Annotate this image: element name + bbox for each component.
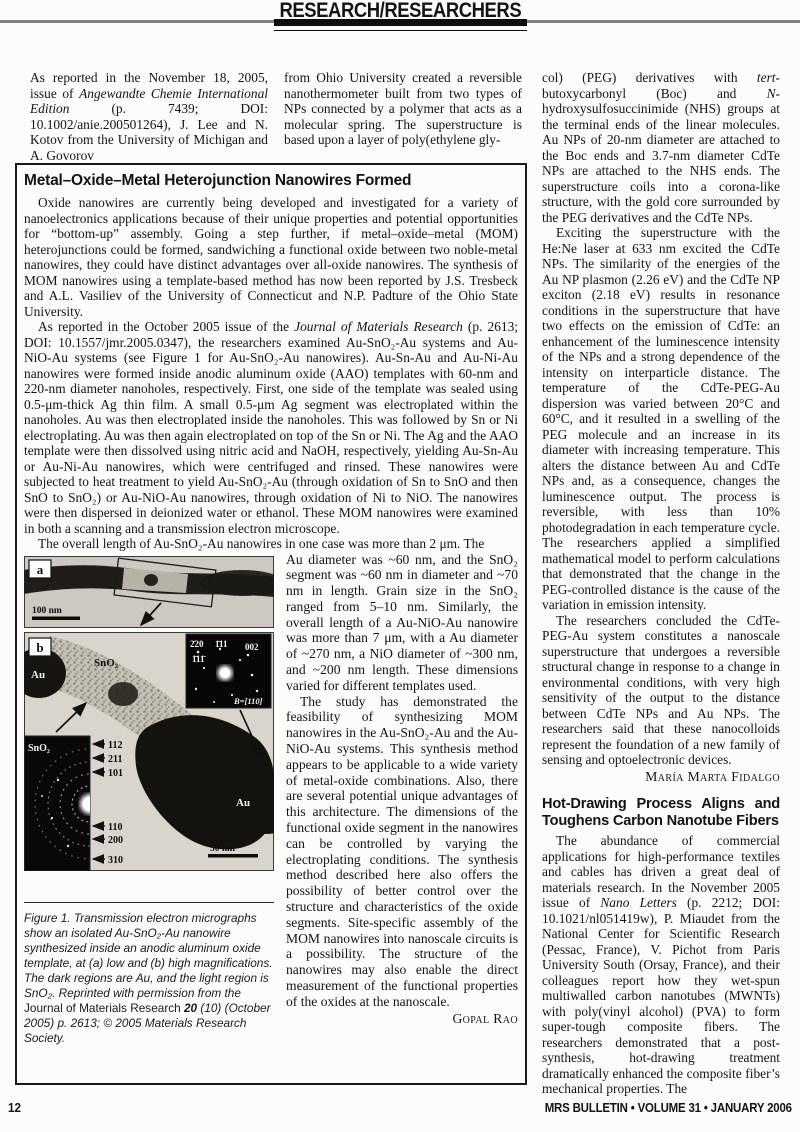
ring-inset-sno2-label: SnO₂ (28, 743, 50, 754)
caption-volume: 20 (184, 1001, 197, 1015)
ring-label-110: 110 (108, 822, 122, 833)
caption-rule (24, 902, 274, 903)
col3-text: col) (PEG) derivatives with (542, 70, 757, 85)
col3-text: -hydroxysulfosuccinimide (NHS) groups at… (542, 86, 780, 225)
boxed-article: Metal–Oxide–Metal Heterojunction Nanowir… (15, 163, 527, 1085)
n-italic: N (767, 86, 776, 101)
col3-paragraph-1: col) (PEG) derivatives with tert-butoxyc… (542, 70, 780, 225)
intro-paragraph-2: from Ohio University created a reversibl… (284, 70, 522, 148)
page-number: 12 (8, 1101, 22, 1115)
scale-bar-a-label: 100 nm (32, 606, 62, 616)
header-rule-thin (274, 30, 527, 31)
ring-label-112: 112 (108, 740, 122, 751)
panel-a: a 100 nm (24, 556, 274, 627)
au-label-lower: Au (236, 797, 250, 809)
col3-paragraph-2: Exciting the superstructure with the He:… (542, 225, 780, 613)
panel-b: Au SnO₂ Au (24, 632, 274, 871)
ring-label-101: 101 (108, 768, 123, 779)
panel-a-label: a (37, 562, 44, 577)
ring-label-200: 200 (108, 835, 123, 846)
intro-column-2: from Ohio University created a reversibl… (284, 70, 522, 148)
sad-label-111: 1̄11 (215, 639, 228, 649)
box-paragraph-3-lead: The overall length of Au-SnO₂-Au nanowir… (24, 536, 518, 552)
box-text: (p. 2613; DOI: 10.1557/jmr.2005.0347), t… (24, 319, 518, 536)
intro-paragraph-1: As reported in the November 18, 2005, is… (30, 70, 268, 163)
col3-paragraph-4: The abundance of commercial applications… (542, 833, 780, 1097)
sad-label-111b: 1̄11̄ (192, 654, 207, 664)
box-paragraph-1: Oxide nanowires are currently being deve… (24, 195, 518, 319)
figure-1: a 100 nm Au SnO₂ Au (24, 556, 274, 1047)
ring-label-211: 211 (108, 754, 122, 765)
section-header-label: RESEARCH/RESEARCHERS (279, 0, 521, 21)
journal-name-italic: Nano Letters (600, 895, 676, 910)
sno2-label-wire: SnO₂ (94, 657, 119, 669)
sad-label-002: 002 (245, 642, 259, 652)
col3-paragraph-3: The researchers concluded the CdTe-PEG-A… (542, 613, 780, 768)
article-heading-hot-drawing: Hot-Drawing Process Aligns and Toughens … (542, 796, 780, 830)
panel-b-label: b (36, 640, 43, 655)
header-rule-black (274, 19, 527, 26)
ring-label-310: 310 (108, 855, 123, 866)
section-header: RESEARCH/RESEARCHERS (0, 0, 800, 21)
tert-italic: tert (757, 70, 776, 85)
tem-micrograph-figure: a 100 nm Au SnO₂ Au (24, 556, 274, 871)
footer-journal-line: MRS BULLETIN • VOLUME 31 • JANUARY 2006 (511, 1101, 792, 1115)
sad-label-220: 2̄20 (190, 639, 204, 649)
box-text: As reported in the October 2005 issue of… (38, 319, 294, 334)
journal-name-italic: Journal of Materials Research (294, 319, 463, 334)
au-label-left: Au (31, 669, 45, 681)
column-3: col) (PEG) derivatives with tert-butoxyc… (542, 70, 780, 1097)
caption-text: Figure 1. Transmission electron microgra… (24, 911, 273, 1000)
scale-bar-b-label: 50 nm (210, 844, 235, 854)
box-paragraph-2: As reported in the October 2005 issue of… (24, 319, 518, 536)
figure-caption: Figure 1. Transmission electron microgra… (24, 911, 274, 1046)
magazine-page: RESEARCH/RESEARCHERS As reported in the … (0, 0, 800, 1132)
intro-column-1: As reported in the November 18, 2005, is… (30, 70, 268, 163)
caption-journal-name: Journal of Materials Research (24, 1001, 184, 1015)
byline-maria-marta-fidalgo: María Marta Fidalgo (542, 769, 780, 785)
boxed-article-title: Metal–Oxide–Metal Heterojunction Nanowir… (24, 172, 518, 190)
sad-pattern-inset: 2̄20 1̄11 002 1̄11̄ B=[110] (186, 634, 271, 708)
col3-text: (p. 2212; DOI: 10.1021/nl051419w), P. Mi… (542, 895, 780, 1096)
scale-bar-a (32, 616, 80, 620)
zone-axis-label: B=[110] (233, 696, 263, 706)
scale-bar-b (208, 854, 258, 858)
